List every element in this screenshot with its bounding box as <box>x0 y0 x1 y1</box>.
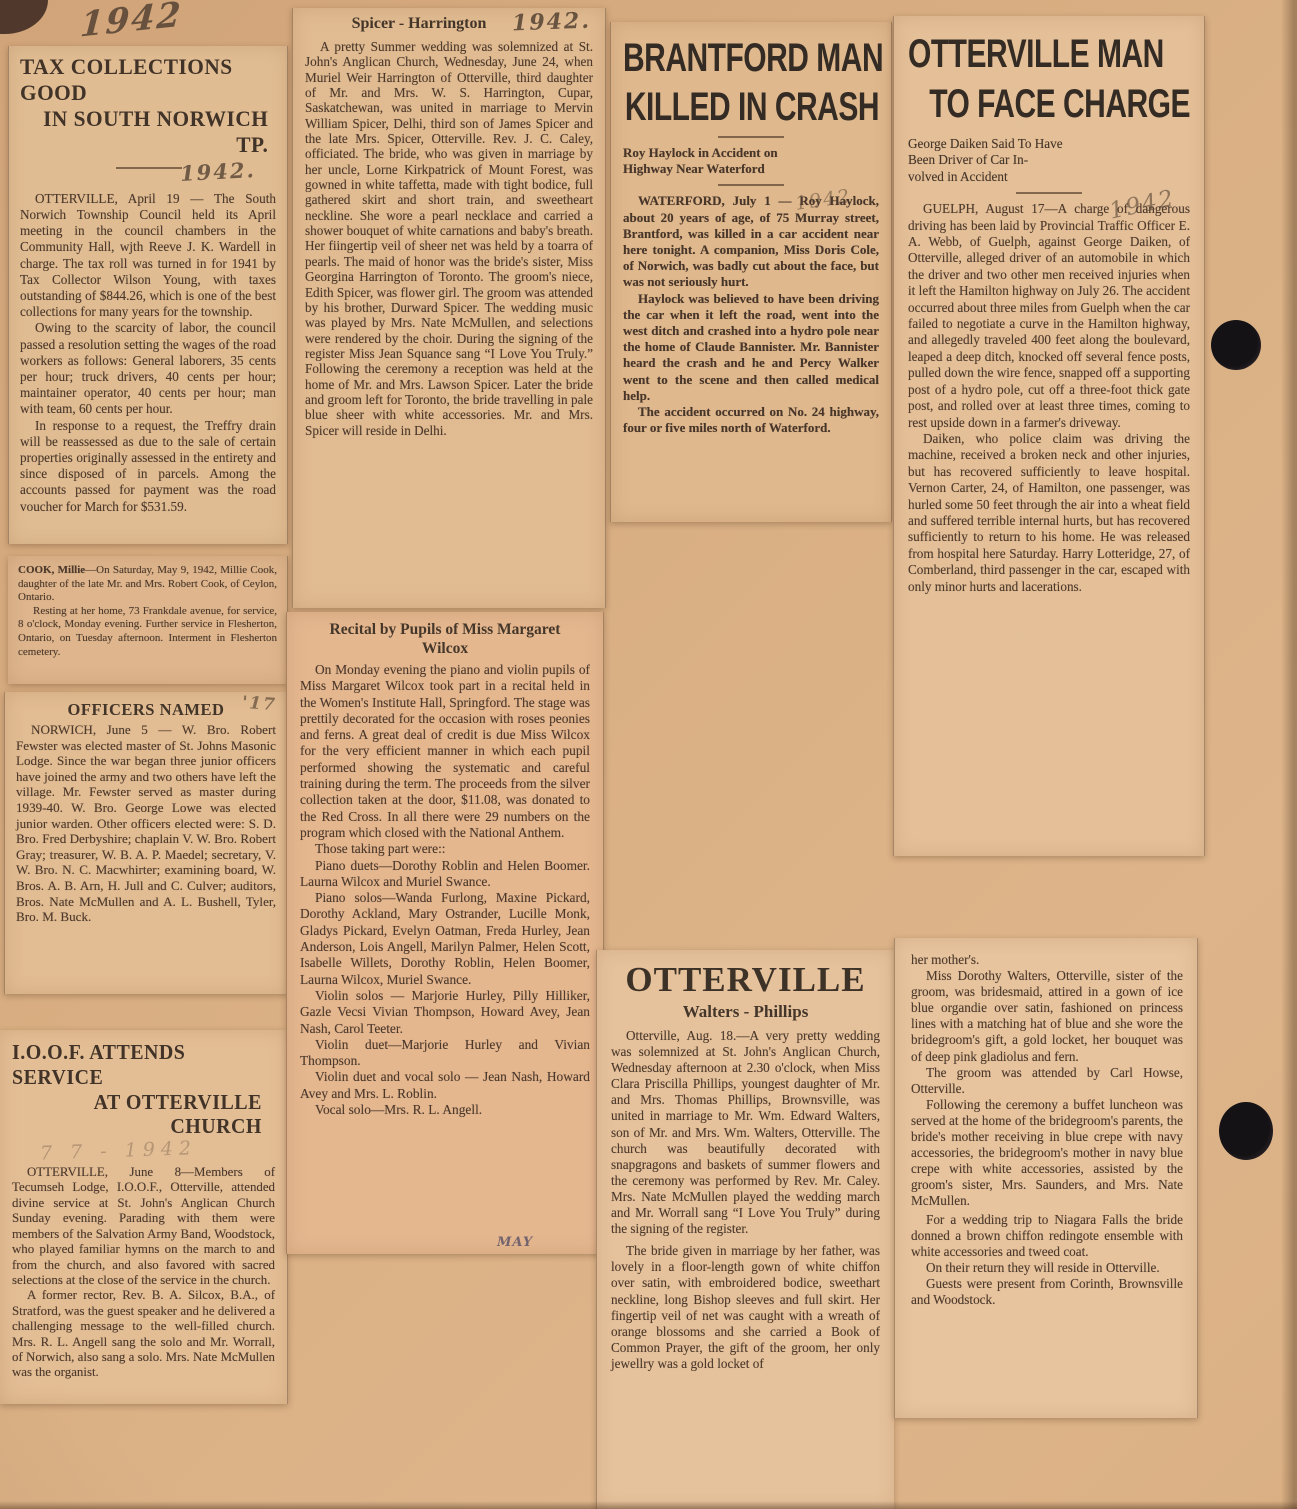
paragraph: NORWICH, June 5 — W. Bro. Robert Fewster… <box>16 722 276 925</box>
subhead-line1: Roy Haylock in Accident on <box>623 145 879 161</box>
headline-line2: KILLED IN CRASH <box>623 83 879 132</box>
headline-line1: I.O.O.F. ATTENDS SERVICE <box>12 1040 262 1090</box>
headline-line1: TAX COLLECTIONS GOOD <box>20 54 268 106</box>
paragraph: Resting at her home, 73 Frankdale avenue… <box>18 605 277 659</box>
article-headline: Recital by Pupils of Miss Margaret Wilco… <box>300 620 590 658</box>
clipping-tax-collections: TAX COLLECTIONS GOOD IN SOUTH NORWICH TP… <box>8 46 288 544</box>
scrapbook-page: 1942 TAX COLLECTIONS GOOD IN SOUTH NORWI… <box>0 0 1297 1509</box>
article-headline: BRANTFORD MAN KILLED IN CRASH <box>623 34 879 132</box>
divider-rule <box>1016 192 1082 194</box>
handwritten-year: 1942. <box>179 157 256 186</box>
page-edge-bottom <box>0 1501 1297 1509</box>
subhead-block: Roy Haylock in Accident on Highway Near … <box>623 145 879 186</box>
subhead-line2: Highway Near Waterford <box>623 161 879 177</box>
paragraph: Haylock was believed to have been drivin… <box>623 291 879 404</box>
handwritten-month: MAY <box>497 1235 533 1250</box>
paragraph: On their return they will reside in Otte… <box>911 1260 1183 1276</box>
clipping-cook-obituary: COOK, Millie—On Saturday, May 9, 1942, M… <box>8 556 288 684</box>
paragraph: Following the ceremony a buffet luncheon… <box>911 1097 1183 1210</box>
divider-rule <box>116 167 182 169</box>
paragraph: OTTERVILLE, April 19 — The South Norwich… <box>20 191 276 321</box>
headline-line1: OTTERVILLE MAN <box>908 30 1190 80</box>
obituary-name: COOK, Millie <box>18 564 85 576</box>
punch-hole-top <box>1211 320 1261 370</box>
clipping-officers-named: OFFICERS NAMED '17 NORWICH, June 5 — W. … <box>4 692 288 994</box>
subhead-line2: Been Driver of Car In- <box>908 152 1190 168</box>
clipping-walters-phillips-col1: OTTERVILLE Walters - Phillips Otterville… <box>596 950 894 1509</box>
paragraph: The bride given in marriage by her fathe… <box>611 1243 880 1372</box>
paragraph: In response to a request, the Treffry dr… <box>20 418 276 515</box>
paragraph: Violin duet—Marjorie Hurley and Vivian T… <box>300 1037 590 1070</box>
paragraph: Piano solos—Wanda Furlong, Maxine Pickar… <box>300 890 590 988</box>
clipping-spicer-harrington: Spicer - Harrington 1942. A pretty Summe… <box>292 8 606 608</box>
paragraph: COOK, Millie—On Saturday, May 9, 1942, M… <box>18 564 277 605</box>
clipping-walters-phillips-col2: her mother's. Miss Dorothy Walters, Otte… <box>894 938 1198 1418</box>
headline-row: Spicer - Harrington 1942. <box>305 15 593 39</box>
paragraph: The groom was attended by Carl Howse, Ot… <box>911 1065 1183 1097</box>
article-headline: OFFICERS NAMED <box>16 700 276 720</box>
paragraph: Daiken, who police claim was driving the… <box>908 431 1190 595</box>
page-edge-right <box>1281 0 1297 1509</box>
headline-line2: TO FACE CHARGE <box>908 80 1190 130</box>
paragraph: For a wedding trip to Niagara Falls the … <box>911 1212 1183 1260</box>
paragraph: Piano duets—Dorothy Roblin and Helen Boo… <box>300 858 590 891</box>
clipping-otterville-charge: OTTERVILLE MAN TO FACE CHARGE George Dai… <box>893 16 1205 856</box>
headline-line2: IN SOUTH NORWICH TP. <box>20 106 268 158</box>
divider-row: 1942. <box>20 167 276 191</box>
paragraph: Vocal solo—Mrs. R. L. Angell. <box>300 1102 590 1118</box>
article-headline: I.O.O.F. ATTENDS SERVICE AT OTTERVILLE C… <box>12 1040 262 1139</box>
paragraph: Those taking part were:: <box>300 841 590 857</box>
handwritten-year: 1942. <box>512 8 592 36</box>
paragraph: A pretty Summer wedding was solemnized a… <box>305 39 593 438</box>
headline-line2: Wilcox <box>422 640 468 657</box>
paragraph: Violin duet and vocal solo — Jean Nash, … <box>300 1069 590 1102</box>
paragraph: GUELPH, August 17—A charge of dangerous … <box>908 201 1190 431</box>
clipping-recital-wilcox: Recital by Pupils of Miss Margaret Wilco… <box>286 612 604 1254</box>
handwritten-year-top: 1942 <box>79 0 184 46</box>
article-headline: OTTERVILLE <box>611 960 880 1000</box>
divider-rule <box>718 184 784 186</box>
paragraph: The accident occurred on No. 24 highway,… <box>623 404 879 436</box>
headline-line1: BRANTFORD MAN <box>623 34 879 83</box>
paragraph: her mother's. <box>911 952 1183 968</box>
subhead-line1: George Daiken Said To Have <box>908 136 1190 152</box>
paragraph: On Monday evening the piano and violin p… <box>300 662 590 841</box>
subhead-line3: volved in Accident <box>908 169 1190 185</box>
article-headline: TAX COLLECTIONS GOOD IN SOUTH NORWICH TP… <box>20 54 268 158</box>
paragraph: A former rector, Rev. B. A. Silcox, B.A.… <box>12 1288 275 1380</box>
punch-hole-bottom <box>1219 1102 1273 1160</box>
clipping-brantford-crash: BRANTFORD MAN KILLED IN CRASH Roy Hayloc… <box>610 22 892 522</box>
paragraph: OTTERVILLE, June 8—Members of Tecumseh L… <box>12 1165 275 1288</box>
headline-line1: Recital by Pupils of Miss Margaret <box>330 621 561 638</box>
paragraph: Miss Dorothy Walters, Otterville, sister… <box>911 968 1183 1065</box>
subhead-block: George Daiken Said To Have Been Driver o… <box>908 136 1190 194</box>
handwritten-mark: '17 <box>241 693 277 715</box>
page-corner-shadow <box>0 0 48 34</box>
paragraph: Otterville, Aug. 18.—A very pretty weddi… <box>611 1028 880 1237</box>
divider-rule <box>718 136 784 138</box>
paragraph: Violin solos — Marjorie Hurley, Pilly Hi… <box>300 988 590 1037</box>
headline-line2: AT OTTERVILLE CHURCH <box>12 1090 262 1140</box>
clipping-ioof-service: I.O.O.F. ATTENDS SERVICE AT OTTERVILLE C… <box>0 1030 288 1404</box>
paragraph: Owing to the scarcity of labor, the coun… <box>20 320 276 417</box>
article-headline: OTTERVILLE MAN TO FACE CHARGE <box>908 30 1190 130</box>
article-subhead: Walters - Phillips <box>611 1002 880 1022</box>
paragraph: Guests were present from Corinth, Browns… <box>911 1276 1183 1308</box>
